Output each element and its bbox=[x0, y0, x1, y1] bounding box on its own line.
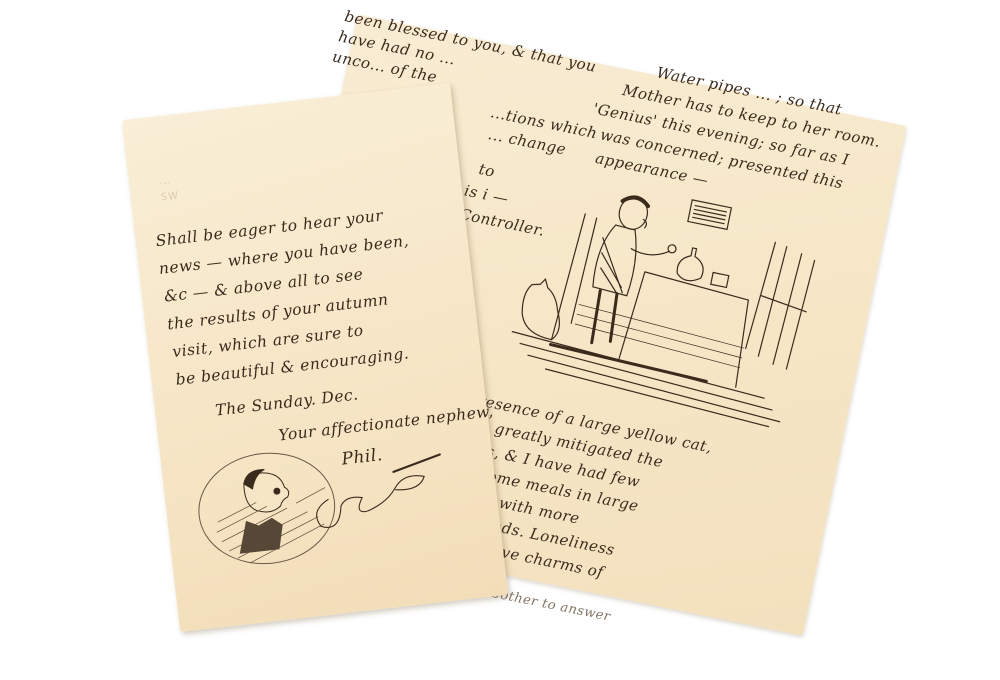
picture-frame-icon bbox=[688, 200, 732, 230]
letterhead-embossed: ... bbox=[159, 175, 173, 187]
margin-fragment: to bbox=[477, 160, 496, 181]
margin-fragment: is i — bbox=[463, 181, 511, 208]
letterhead-embossed: SW bbox=[160, 190, 179, 203]
letters-photo: been blessed to you, & that you have had… bbox=[0, 0, 1000, 680]
dateline: The Sunday. Dec. bbox=[214, 385, 359, 419]
front-letter-sheet: ... SW Shall be eager to hear your news … bbox=[122, 83, 508, 632]
portrait-sketch bbox=[190, 423, 483, 584]
